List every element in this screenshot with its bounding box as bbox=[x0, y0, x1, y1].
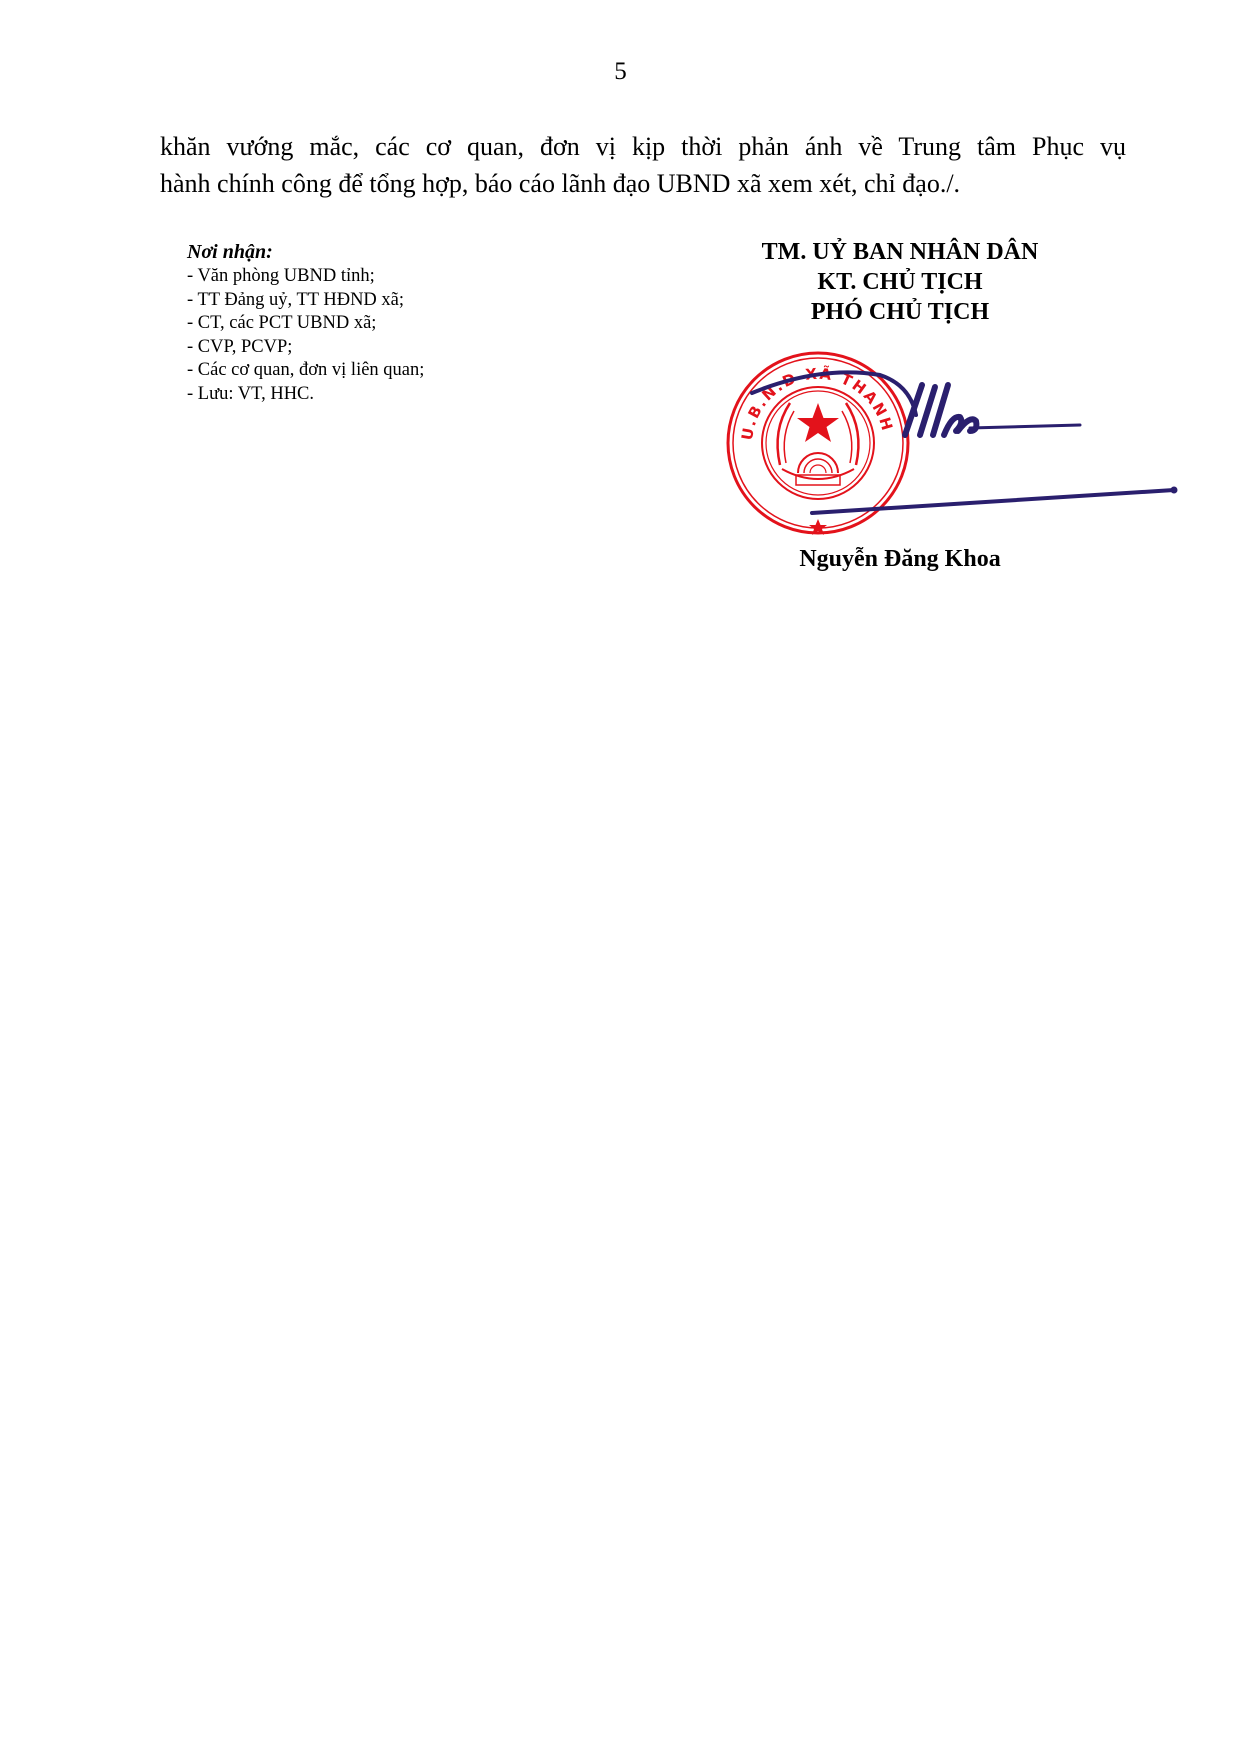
signer-name: Nguyễn Đăng Khoa bbox=[700, 544, 1100, 574]
recipient-item: - TT Đảng uỷ, TT HĐND xã; bbox=[187, 289, 424, 313]
recipient-item: - Các cơ quan, đơn vị liên quan; bbox=[187, 359, 424, 383]
recipients-heading: Nơi nhận: bbox=[187, 240, 424, 265]
signature-title-line: PHÓ CHỦ TỊCH bbox=[700, 297, 1100, 327]
signature-title-block: TM. UỶ BAN NHÂN DÂN KT. CHỦ TỊCH PHÓ CHỦ… bbox=[700, 237, 1100, 327]
page-number: 5 bbox=[0, 58, 1241, 86]
official-seal-icon: U.B.N.D XÃ THANH THỦY T.PHÚ THỌ bbox=[720, 345, 1190, 545]
recipients-block: Nơi nhận: - Văn phòng UBND tỉnh; - TT Đả… bbox=[187, 240, 424, 406]
recipient-item: - Lưu: VT, HHC. bbox=[187, 383, 424, 407]
signature-title-line: TM. UỶ BAN NHÂN DÂN bbox=[700, 237, 1100, 267]
body-line: hành chính công để tổng hợp, báo cáo lãn… bbox=[160, 165, 1126, 202]
body-paragraph: khăn vướng mắc, các cơ quan, đơn vị kịp … bbox=[160, 128, 1126, 202]
body-line: khăn vướng mắc, các cơ quan, đơn vị kịp … bbox=[160, 128, 1126, 165]
recipient-item: - Văn phòng UBND tỉnh; bbox=[187, 265, 424, 289]
recipient-item: - CVP, PCVP; bbox=[187, 336, 424, 360]
seal-and-signature: U.B.N.D XÃ THANH THỦY T.PHÚ THỌ bbox=[720, 345, 1190, 545]
recipient-item: - CT, các PCT UBND xã; bbox=[187, 312, 424, 336]
signature-title-line: KT. CHỦ TỊCH bbox=[700, 267, 1100, 297]
